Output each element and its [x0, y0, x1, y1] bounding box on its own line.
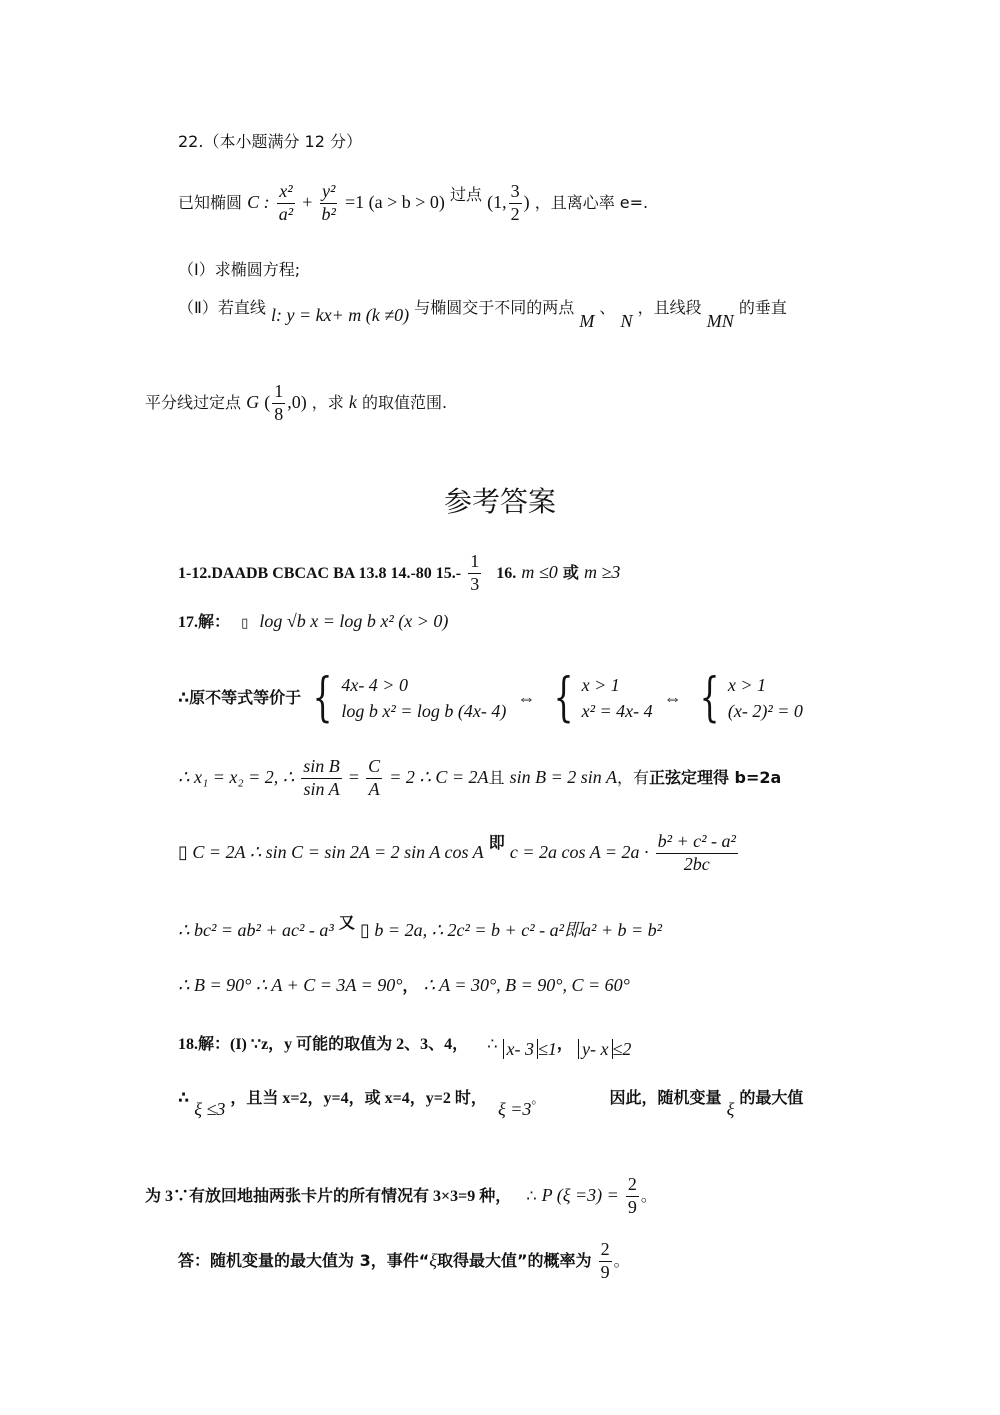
answers-title: 参考答案: [0, 480, 1000, 520]
part-2-continued: 平分线过定点 G ( 1 8 ,0) ，求 k 的取值范围.: [145, 382, 447, 425]
fraction-1-8: 1 8: [272, 382, 285, 425]
statement-prefix: 已知椭圆: [178, 193, 242, 212]
q17-line-1: 17.解： ▯ log √b x = log b x² (x > 0): [178, 612, 448, 631]
brace-icon: {: [313, 672, 333, 724]
line-equation: l: y = kx+ m (k ≠0): [271, 305, 409, 325]
fraction-x2-a2: x² a²: [277, 182, 295, 225]
q17-line-5: ∴ bc² = ab² + ac² - a³ 又 ▯ b = 2a, ∴ 2c²…: [178, 915, 662, 939]
system-3: { x > 1 (x- 2)² = 0: [693, 672, 803, 724]
fraction-y2-b2: y² b²: [319, 182, 337, 225]
ellipse-label: C :: [247, 192, 270, 212]
q17-line-3: ∴ x₁ = x₂ = 2, ∴ sin B sin A = C A = 2 ∴…: [178, 757, 781, 800]
brace-icon: {: [699, 672, 719, 724]
placeholder-glyph-icon: ▯: [241, 616, 248, 631]
equation-rest: =1 (a > b > 0): [345, 192, 445, 212]
fraction-1-3: 1 3: [468, 552, 481, 595]
q17-system: ∴原不等式等价于 { 4x- 4 > 0 log b x² = log b (4…: [178, 672, 803, 724]
problem-22-statement: 已知椭圆 C : x² a² + y² b² =1 (a > b > 0) 过点…: [178, 182, 648, 225]
multiple-choice-answers: 1-12.DAADB CBCAC BA 13.8 14.-80 15.- 1 3…: [178, 552, 620, 595]
q18-answer: 答：随机变量的最大值为 3，事件“ξ取得最大值”的概率为 2 9 。: [178, 1240, 630, 1283]
q18-line-2: ∴ ξ ≤3 ，且当 x=2，y=4，或 x=4，y=2 时， ξ =3。 因此…: [178, 1090, 803, 1118]
part-2: （Ⅱ）若直线 l: y = kx+ m (k ≠0) 与椭圆交于不同的两点 M …: [178, 300, 787, 330]
system-1: { 4x- 4 > 0 log b x² = log b (4x- 4): [306, 672, 506, 724]
fraction-3-2: 3 2: [509, 182, 522, 225]
q18-line-3: 为 3∵有放回地抽两张卡片的所有情况有 3×3=9 种， ∴ P (ξ =3) …: [145, 1175, 657, 1218]
problem-22-header: 22.（本小题满分 12 分）: [178, 134, 362, 150]
system-2: { x > 1 x² = 4x- 4: [547, 672, 653, 724]
q17-line-6: ∴ B = 90° ∴ A + C = 3A = 90°， ∴ A = 30°,…: [178, 976, 630, 995]
q17-line-4: ▯ C = 2A ∴ sin C = sin 2A = 2 sin A cos …: [178, 832, 740, 875]
brace-icon: {: [553, 672, 573, 724]
part-1: （Ⅰ）求椭圆方程;: [178, 262, 300, 278]
q18-line-1: 18.解：(I) ∵z，y 可能的取值为 2、3、4， ∴ x- 3≤1， y-…: [178, 1036, 631, 1058]
